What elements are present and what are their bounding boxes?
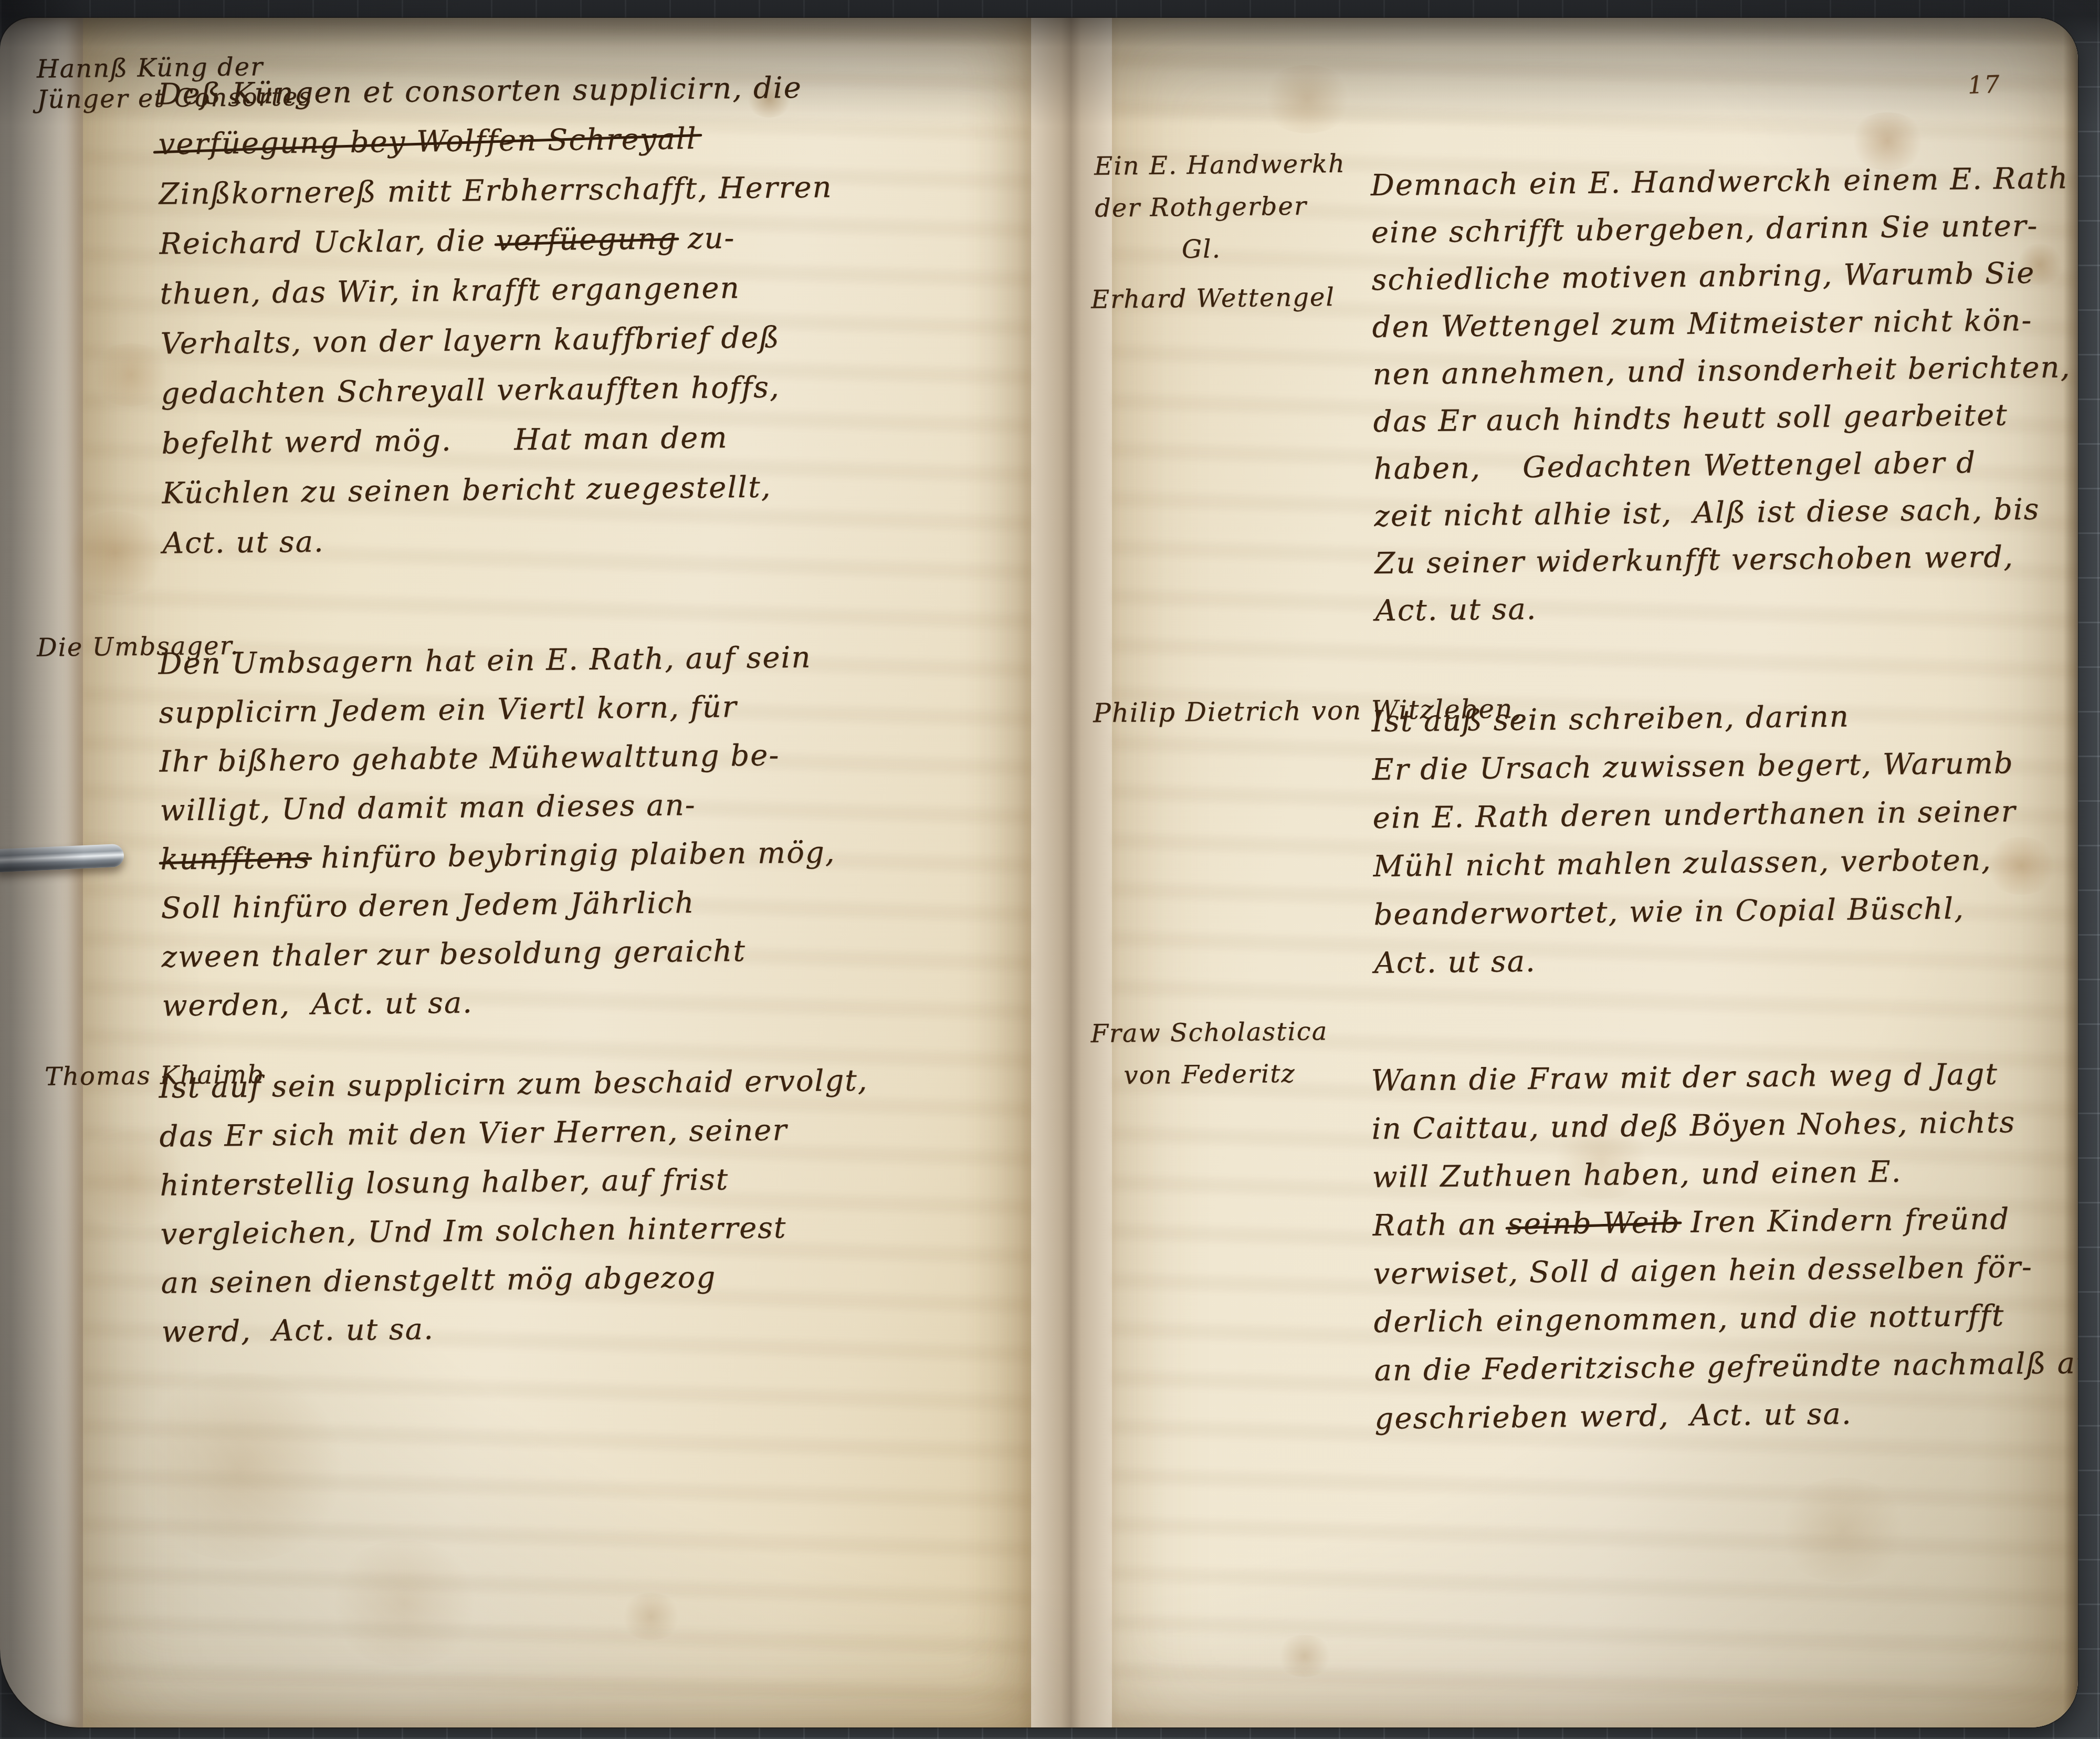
text-line: Küchlen zu seinen bericht zuegestellt, [162, 459, 1023, 518]
text-line: Ihr bißhero gehabte Mühewalttung be- [159, 728, 1021, 786]
text-line: Reichard Ucklar, die verfüegung zu- [159, 210, 1021, 269]
entry-heading-philip-dietrich: Philip Dietrich von Witzleben, [1093, 695, 1419, 728]
text-line: zween thaler zur besoldung geraicht [161, 924, 1023, 981]
book-gutter-shadow [1017, 18, 1120, 1727]
text-line: Act. ut sa. [1375, 580, 2074, 635]
text-line: Verhalts, von der layern kauffbrief deß [160, 310, 1022, 369]
text-line: Ist auf sein supplicirn zum beschaid erv… [159, 1054, 1020, 1112]
text-line: befelht werd mög. Hat man dem [161, 410, 1023, 468]
text-line: Act. ut sa. [162, 509, 1024, 568]
text-line: der Rothgerber [1095, 184, 1368, 229]
text-line: haben, Gedachten Wettengel aber d [1373, 438, 2072, 493]
text-line: thuen, das Wir, in krafft ergangenen [160, 260, 1021, 319]
text-line: gedachten Schreyall verkaufften hoffs, [161, 360, 1022, 418]
text-line: kunfftens hinfüro beybringig plaiben mög… [160, 826, 1022, 884]
text-line: supplicirn Jedem ein Viertl korn, für [159, 679, 1020, 737]
photo-of-manuscript: 17 Hannß Küng derJünger et Consortes Deß… [0, 0, 2100, 1739]
book-page-edges [0, 18, 83, 1727]
text-line: geschrieben werd, Act. ut sa. [1374, 1388, 2078, 1443]
text-line: Den Umbsagern hat ein E. Rath, auf sein [158, 631, 1020, 688]
text-line: Soll hinfüro deren Jedem Jährlich [161, 875, 1022, 933]
page-number: 17 [1967, 70, 2001, 99]
text-line: Mühl nicht mahlen zulassen, verboten, [1373, 835, 2072, 891]
text-line: will Zuthuen haben, und einen E. [1372, 1146, 2076, 1202]
text-line: hinterstellig losung halber, auf frist [160, 1152, 1021, 1210]
text-line: derlich eingenommen, und die notturfft [1373, 1291, 2077, 1347]
text-line: nen annehmen, und insonderheit berichten… [1372, 344, 2071, 399]
text-line: Zu seiner widerkunfft verschoben werd, [1374, 533, 2073, 588]
text-line: an seinen dienstgeltt mög abgezog [161, 1250, 1022, 1307]
text-line: das Er auch hindts heutt soll gearbeitet [1373, 391, 2072, 446]
entry-body-hannss-kueng: Deß Küngen et consorten supplicirn, diev… [157, 60, 1024, 568]
text-line: Act. ut sa. [1374, 932, 2073, 988]
text-line: willigt, Und damit man dieses an- [160, 777, 1021, 835]
text-line: Philip Dietrich von Witzleben, [1093, 695, 1419, 728]
text-line: verfüegung bey Wolffen Schreyall [158, 110, 1020, 169]
text-line: ein E. Rath deren underthanen in seiner [1372, 787, 2071, 843]
text-line: zeit nicht alhie ist, Alß ist diese sach… [1374, 486, 2073, 540]
text-line: das Er sich mit den Vier Herren, seiner [159, 1103, 1021, 1161]
entry-heading-fraw-scholastica: Fraw Scholasticavon Federitz [1090, 1010, 1385, 1097]
text-line: werd, Act. ut sa. [161, 1298, 1023, 1356]
entry-body-handwerkh-rothgerber: Demnach ein E. Handwerckh einem E. Rathe… [1370, 155, 2073, 635]
entry-body-fraw-scholastica: Wann die Fraw mit der sach weg d Jagtin … [1371, 1050, 2078, 1443]
entry-heading-handwerkh-rothgerber: Ein E. Handwerkhder RothgerberGl. [1094, 142, 1368, 271]
text-line: schiedliche motiven anbring, Warumb Sie [1371, 249, 2070, 304]
text-line: Wann die Fraw mit der sach weg d Jagt [1371, 1050, 2075, 1105]
open-manuscript-book: 17 Hannß Küng derJünger et Consortes Deß… [0, 18, 2078, 1727]
entry-body-philip-dietrich: Ist auß sein schreiben, darinnEr die Urs… [1371, 690, 2073, 988]
entry-body-umbsager: Den Umbsagern hat ein E. Rath, auf seins… [158, 631, 1023, 1030]
entry-body-thomas-khaimb: Ist auf sein supplicirn zum beschaid erv… [159, 1054, 1023, 1356]
text-line: Ein E. Handwerkh [1094, 142, 1368, 187]
text-line: verwiset, Soll d aigen hein desselben fö… [1373, 1243, 2077, 1298]
text-line: Fraw Scholastica [1090, 1010, 1385, 1055]
entry-name-erhard-wettengel: Erhard Wettengel [1091, 281, 1364, 315]
text-line: Demnach ein E. Handwerckh einem E. Rath [1370, 155, 2069, 209]
text-line: an die Federitzische gefreündte nachmalß… [1374, 1339, 2078, 1395]
text-line: den Wettengel zum Mitmeister nicht kön- [1372, 297, 2071, 351]
text-line: Rath an seinb Weib Iren Kindern freünd [1372, 1195, 2076, 1250]
text-line: Gl. [1095, 226, 1368, 271]
text-line: Er die Ursach zuwissen begert, Warumb [1372, 739, 2071, 794]
text-line: Zinßkornereß mitt Erbherrschafft, Herren [159, 160, 1020, 219]
text-line: eine schrifft ubergeben, darinn Sie unte… [1371, 202, 2070, 257]
text-line: in Caittau, und deß Böyen Nohes, nichts [1371, 1098, 2075, 1154]
text-line: werden, Act. ut sa. [162, 972, 1023, 1030]
text-line: beanderwortet, wie in Copial Büschl, [1373, 884, 2072, 939]
text-line: von Federitz [1091, 1052, 1385, 1097]
text-line: Ist auß sein schreiben, darinn [1371, 690, 2070, 746]
text-line: vergleichen, Und Im solchen hinterrest [160, 1201, 1022, 1259]
text-line: Deß Küngen et consorten supplicirn, die [157, 60, 1019, 119]
